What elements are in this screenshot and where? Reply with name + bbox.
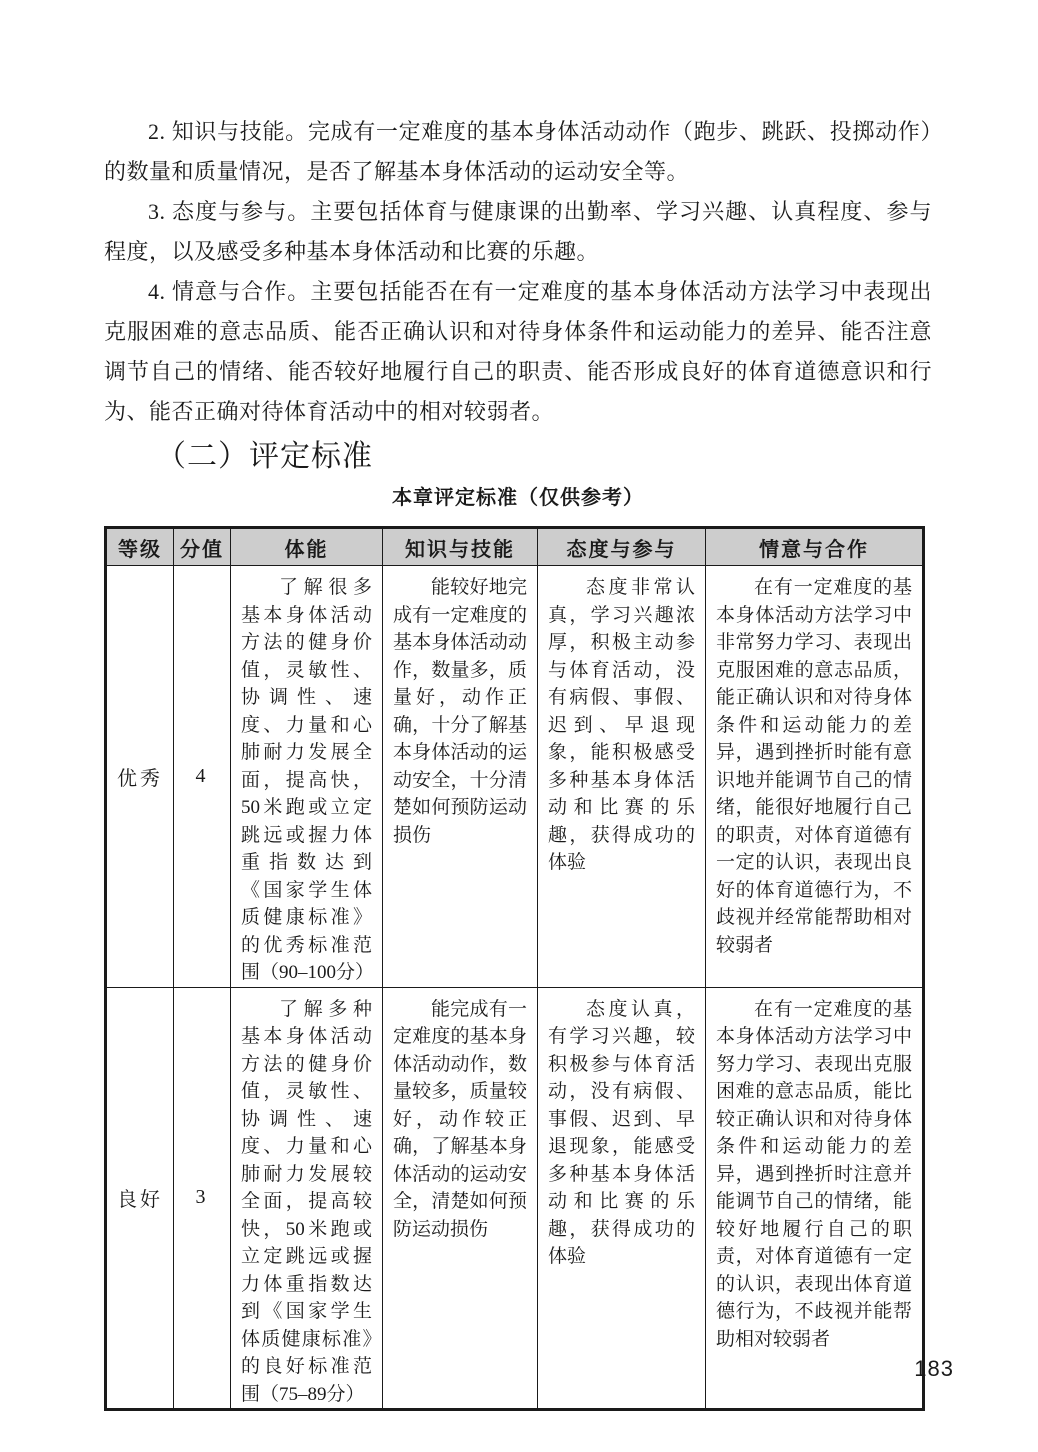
grade-cell: 优秀	[106, 566, 174, 988]
paragraph-knowledge-skills: 2. 知识与技能。完成有一定难度的基本身体活动动作（跑步、跳跃、投掷动作）的数量…	[104, 112, 932, 192]
col-header-attitude: 态度与参与	[538, 528, 706, 566]
table-row-excellent: 优秀 4 了解很多基本身体活动方法的健身价值，灵敏性、协调性、速度、力量和心肺耐…	[106, 566, 924, 988]
physical-cell: 了解很多基本身体活动方法的健身价值，灵敏性、协调性、速度、力量和心肺耐力发展全面…	[231, 566, 383, 988]
evaluation-standards-table: 等级 分值 体能 知识与技能 态度与参与 情意与合作 优秀 4 了解很多基本身体…	[104, 526, 925, 1411]
paragraph-emotion-cooperation: 4. 情意与合作。主要包括能否在有一定难度的基本身体活动方法学习中表现出克服困难…	[104, 272, 932, 432]
page-number: 183	[914, 1356, 954, 1382]
section-heading: （二）评定标准	[156, 436, 932, 478]
col-header-physical: 体能	[231, 528, 383, 566]
table-row-good: 良好 3 了解多种基本身体活动方法的健身价值，灵敏性、协调性、速度、力量和心肺耐…	[106, 987, 924, 1410]
knowledge-cell: 能完成有一定难度的基本身体活动动作，数量较多，质量较好，动作较正确，了解基本身体…	[383, 987, 538, 1410]
cooperation-cell: 在有一定难度的基本身体活动方法学习中努力学习、表现出克服困难的意志品质，能比较正…	[706, 987, 924, 1410]
physical-cell: 了解多种基本身体活动方法的健身价值，灵敏性、协调性、速度、力量和心肺耐力发展较全…	[231, 987, 383, 1410]
paragraph-attitude-participation: 3. 态度与参与。主要包括体育与健康课的出勤率、学习兴趣、认真程度、参与程度，以…	[104, 192, 932, 272]
col-header-grade: 等级	[106, 528, 174, 566]
col-header-cooperation: 情意与合作	[706, 528, 924, 566]
grade-cell: 良好	[106, 987, 174, 1410]
score-cell: 3	[174, 987, 231, 1410]
col-header-score: 分值	[174, 528, 231, 566]
table-header-row: 等级 分值 体能 知识与技能 态度与参与 情意与合作	[106, 528, 924, 566]
attitude-cell: 态度认真，有学习兴趣，较积极参与体育活动，没有病假、事假、迟到、早退现象，能感受…	[538, 987, 706, 1410]
table-caption: 本章评定标准（仅供参考）	[104, 486, 932, 510]
col-header-knowledge: 知识与技能	[383, 528, 538, 566]
attitude-cell: 态度非常认真，学习兴趣浓厚，积极主动参与体育活动，没有病假、事假、迟到、早退现象…	[538, 566, 706, 988]
page-content: 2. 知识与技能。完成有一定难度的基本身体活动动作（跑步、跳跃、投掷动作）的数量…	[104, 112, 932, 1411]
document-page: 2. 知识与技能。完成有一定难度的基本身体活动动作（跑步、跳跃、投掷动作）的数量…	[0, 0, 1038, 1452]
score-cell: 4	[174, 566, 231, 988]
knowledge-cell: 能较好地完成有一定难度的基本身体活动动作，数量多，质量好，动作正确，十分了解基本…	[383, 566, 538, 988]
cooperation-cell: 在有一定难度的基本身体活动方法学习中非常努力学习、表现出克服困难的意志品质，能正…	[706, 566, 924, 988]
